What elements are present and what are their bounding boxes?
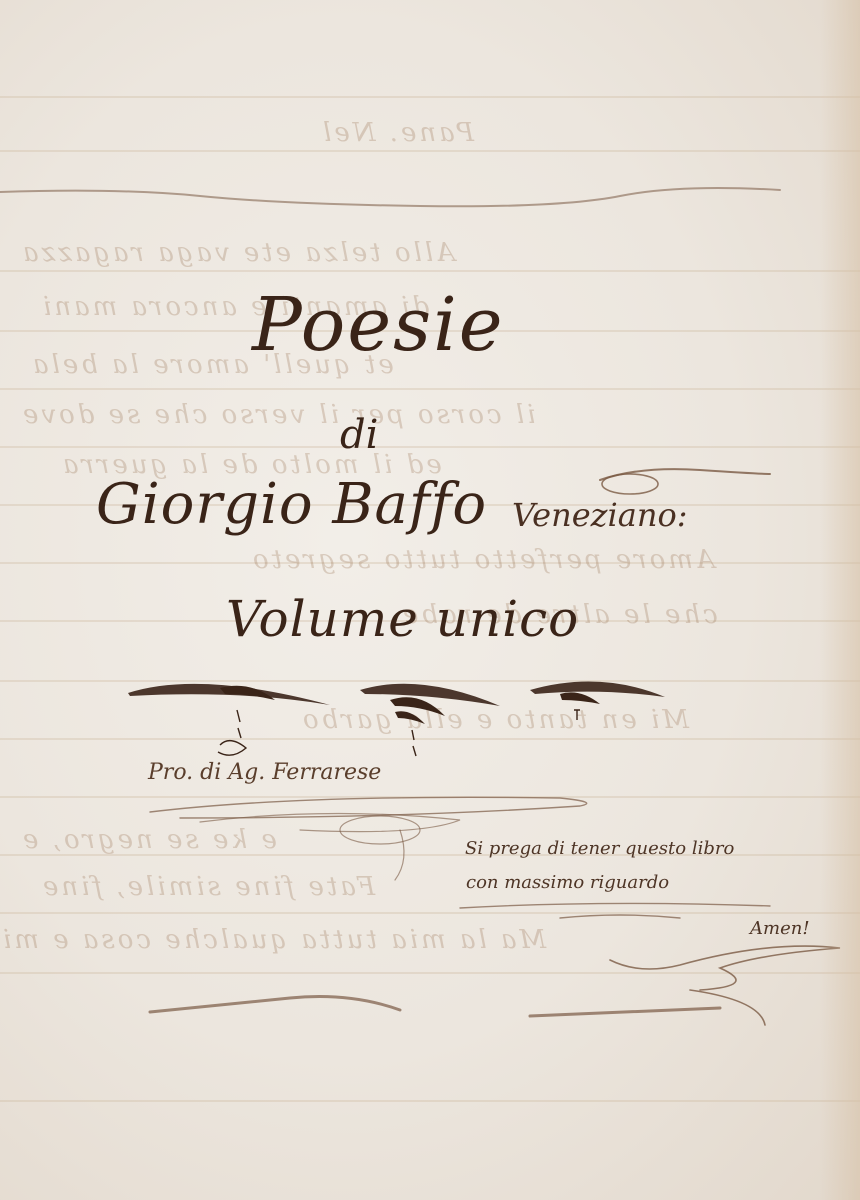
- marginal-note-line-3: Amen!: [750, 918, 810, 939]
- manuscript-origin: Veneziano:: [512, 496, 687, 534]
- marginal-note-line-1: Si prega di tener questo libro: [465, 838, 734, 859]
- manuscript-title: Poesie: [252, 282, 505, 368]
- ownership-inscription: Pro. di Ag. Ferrarese: [148, 760, 381, 785]
- marginal-note-line-2: con massimo riguardo: [466, 872, 669, 893]
- manuscript-volume: Volume unico: [226, 590, 579, 648]
- manuscript-preposition: di: [340, 412, 378, 458]
- manuscript-page: Pane. Nel Allo telza ete vaga ragazza di…: [0, 0, 860, 1200]
- manuscript-author: Giorgio Baffo: [96, 472, 487, 537]
